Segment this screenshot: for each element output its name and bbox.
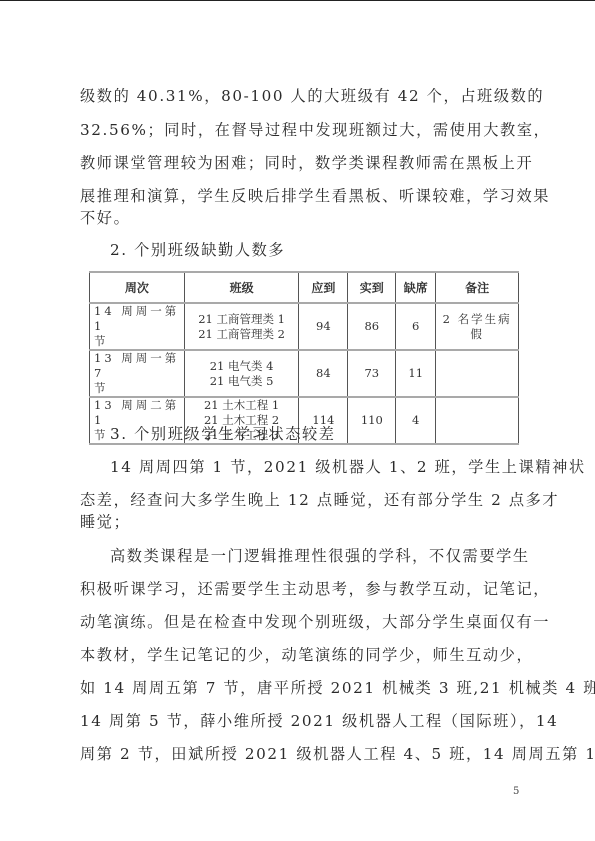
paragraph-line: 展推理和演算，学生反映后排学生看黑板、听课较难，学习效果 [80,186,520,206]
header-week: 周次 [90,272,185,303]
cell-week: 13 周周一第 7 节 [90,350,185,397]
cell-note: 2 名学生病假 [436,303,519,350]
page-number: 5 [513,786,519,797]
cell-expected: 94 [299,303,348,350]
header-expected: 应到 [299,272,348,303]
paragraph-line: 14 周周四第 1 节，2021 级机器人 1、2 班，学生上课精神状 [110,457,550,477]
cell-expected: 84 [299,350,348,397]
table-row: 13 周周一第 7 节 21 电气类 4 21 电气类 5 84 73 11 [90,350,519,397]
paragraph-line: 本教材，学生记笔记的少，动笔演练的同学少，师生互动少， [80,645,520,665]
paragraph-line: 教师课堂管理较为困难；同时，数学类课程教师需在黑板上开 [80,153,520,173]
cell-absent: 11 [396,350,436,397]
cell-class: 21 电气类 4 21 电气类 5 [184,350,299,397]
paragraph-line: 动笔演练。但是在检查中发现个别班级，大部分学生桌面仅有一 [80,612,520,632]
cell-week: 14 周周一第 1 节 [90,303,185,350]
paragraph-line: 不好。 [80,208,520,228]
cell-actual: 86 [348,303,396,350]
section-heading-2: 2. 个别班级缺勤人数多 [110,240,550,260]
cell-note [436,350,519,397]
cell-actual: 73 [348,350,396,397]
header-actual: 实到 [348,272,396,303]
paragraph-line: 睡觉； [80,512,520,532]
section-heading-3: 3. 个别班级学生学习状态较差 [110,424,550,444]
paragraph-line: 高数类课程是一门逻辑推理性很强的学科，不仅需要学生 [110,546,550,566]
paragraph-line: 32.56%；同时，在督导过程中发现班额过大，需使用大教室， [80,120,520,140]
paragraph-line: 态差，经查问大多学生晚上 12 点睡觉，还有部分学生 2 点多才 [80,490,520,510]
paragraph-line: 积极听课学习，还需要学生主动思考，参与教学互动，记笔记， [80,579,520,599]
cell-absent: 6 [396,303,436,350]
paragraph-line: 14 周第 5 节，薛小维所授 2021 级机器人工程（国际班），14 [80,711,520,731]
cell-class: 21 工商管理类 1 21 工商管理类 2 [184,303,299,350]
page-top-border [0,0,595,1]
header-class: 班级 [184,272,299,303]
paragraph-line: 级数的 40.31%，80-100 人的大班级有 42 个，占班级数的 [80,86,520,106]
table-row: 14 周周一第 1 节 21 工商管理类 1 21 工商管理类 2 94 86 … [90,303,519,350]
header-note: 备注 [436,272,519,303]
table-header-row: 周次 班级 应到 实到 缺席 备注 [90,272,519,303]
absence-table: 周次 班级 应到 实到 缺席 备注 14 周周一第 1 节 21 工商管理类 1… [89,271,519,445]
paragraph-line: 周第 2 节，田斌所授 2021 级机器人工程 4、5 班，14 周周五第 1 [80,744,520,764]
header-absent: 缺席 [396,272,436,303]
paragraph-line: 如 14 周周五第 7 节，唐平所授 2021 机械类 3 班,21 机械类 4… [80,678,520,698]
